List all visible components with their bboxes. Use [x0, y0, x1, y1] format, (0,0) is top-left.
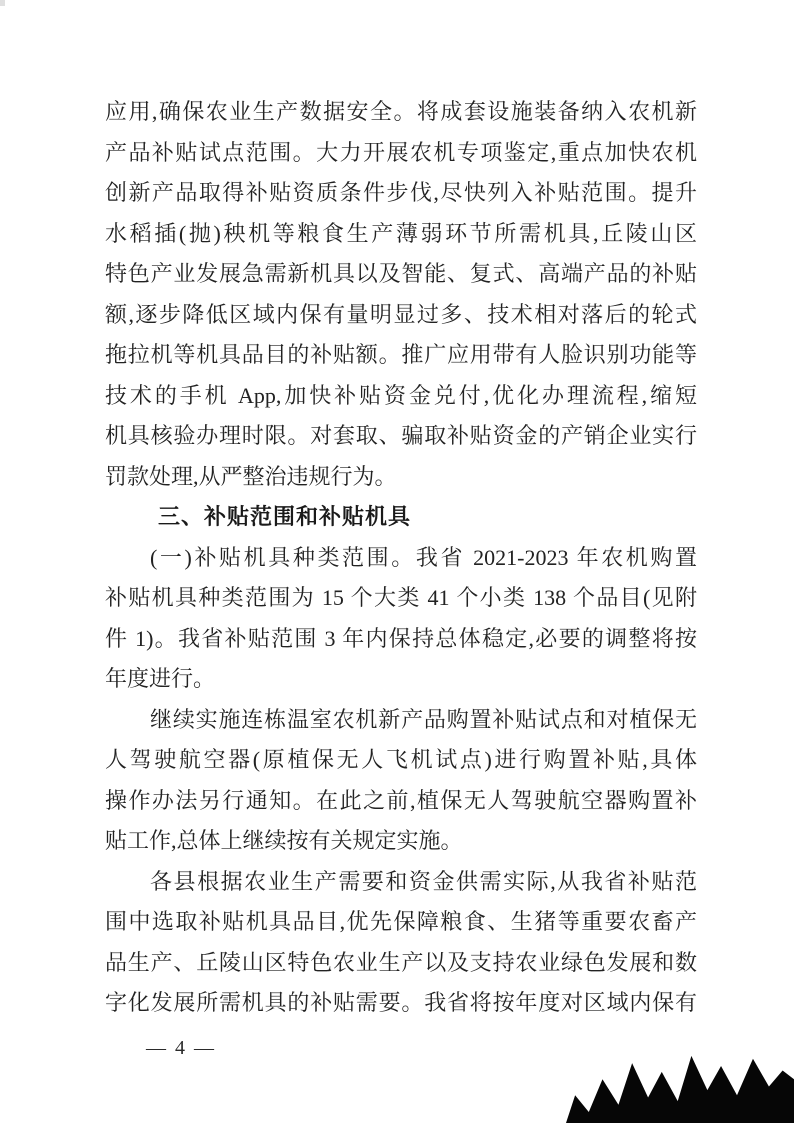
text-line: 特色产业发展急需新机具以及智能、复式、高端产品的补贴 — [105, 254, 697, 295]
text-line: 操作办法另行通知。在此之前,植保无人驾驶航空器购置补 — [105, 781, 697, 822]
text-line: 字化发展所需机具的补贴需要。我省将按年度对区域内保有 — [105, 983, 697, 1024]
text-line: 围中选取补贴机具品目,优先保障粮食、生猪等重要农畜产 — [105, 902, 697, 943]
text-line: 机具核验办理时限。对套取、骗取补贴资金的产销企业实行 — [105, 416, 697, 457]
text-line: 拖拉机等机具品目的补贴额。推广应用带有人脸识别功能等 — [105, 335, 697, 376]
document-page: 应用,确保农业生产数据安全。将成套设施装备纳入农机新产品补贴试点范围。大力开展农… — [0, 0, 794, 1123]
section-heading: 三、补贴范围和补贴机具 — [105, 497, 697, 538]
text-line: 年度进行。 — [105, 659, 697, 700]
text-line: 品生产、丘陵山区特色农业生产以及支持农业绿色发展和数 — [105, 943, 697, 984]
text-line: 应用,确保农业生产数据安全。将成套设施装备纳入农机新 — [105, 92, 697, 133]
document-body: 应用,确保农业生产数据安全。将成套设施装备纳入农机新产品补贴试点范围。大力开展农… — [105, 92, 697, 1024]
text-line: 件 1)。我省补贴范围 3 年内保持总体稳定,必要的调整将按 — [105, 619, 697, 660]
text-line: 产品补贴试点范围。大力开展农机专项鉴定,重点加快农机 — [105, 133, 697, 174]
text-line: 继续实施连栋温室农机新产品购置补贴试点和对植保无 — [105, 700, 697, 741]
page-number: — 4 — — [146, 1036, 216, 1060]
text-line: 水稻插(抛)秧机等粮食生产薄弱环节所需机具,丘陵山区 — [105, 214, 697, 255]
text-line: 贴工作,总体上继续按有关规定实施。 — [105, 821, 697, 862]
scan-artifact-speck — [0, 0, 5, 6]
text-line: 各县根据农业生产需要和资金供需实际,从我省补贴范 — [105, 862, 697, 903]
text-line: 罚款处理,从严整治违规行为。 — [105, 457, 697, 498]
text-line: 创新产品取得补贴资质条件步伐,尽快列入补贴范围。提升 — [105, 173, 697, 214]
text-line: 技术的手机 App,加快补贴资金兑付,优化办理流程,缩短 — [105, 376, 697, 417]
text-line: 人驾驶航空器(原植保无人飞机试点)进行购置补贴,具体 — [105, 740, 697, 781]
scan-artifact-blot — [566, 1050, 794, 1123]
text-line: (一)补贴机具种类范围。我省 2021-2023 年农机购置 — [105, 538, 697, 579]
text-line: 补贴机具种类范围为 15 个大类 41 个小类 138 个品目(见附 — [105, 578, 697, 619]
text-line: 额,逐步降低区域内保有量明显过多、技术相对落后的轮式 — [105, 295, 697, 336]
